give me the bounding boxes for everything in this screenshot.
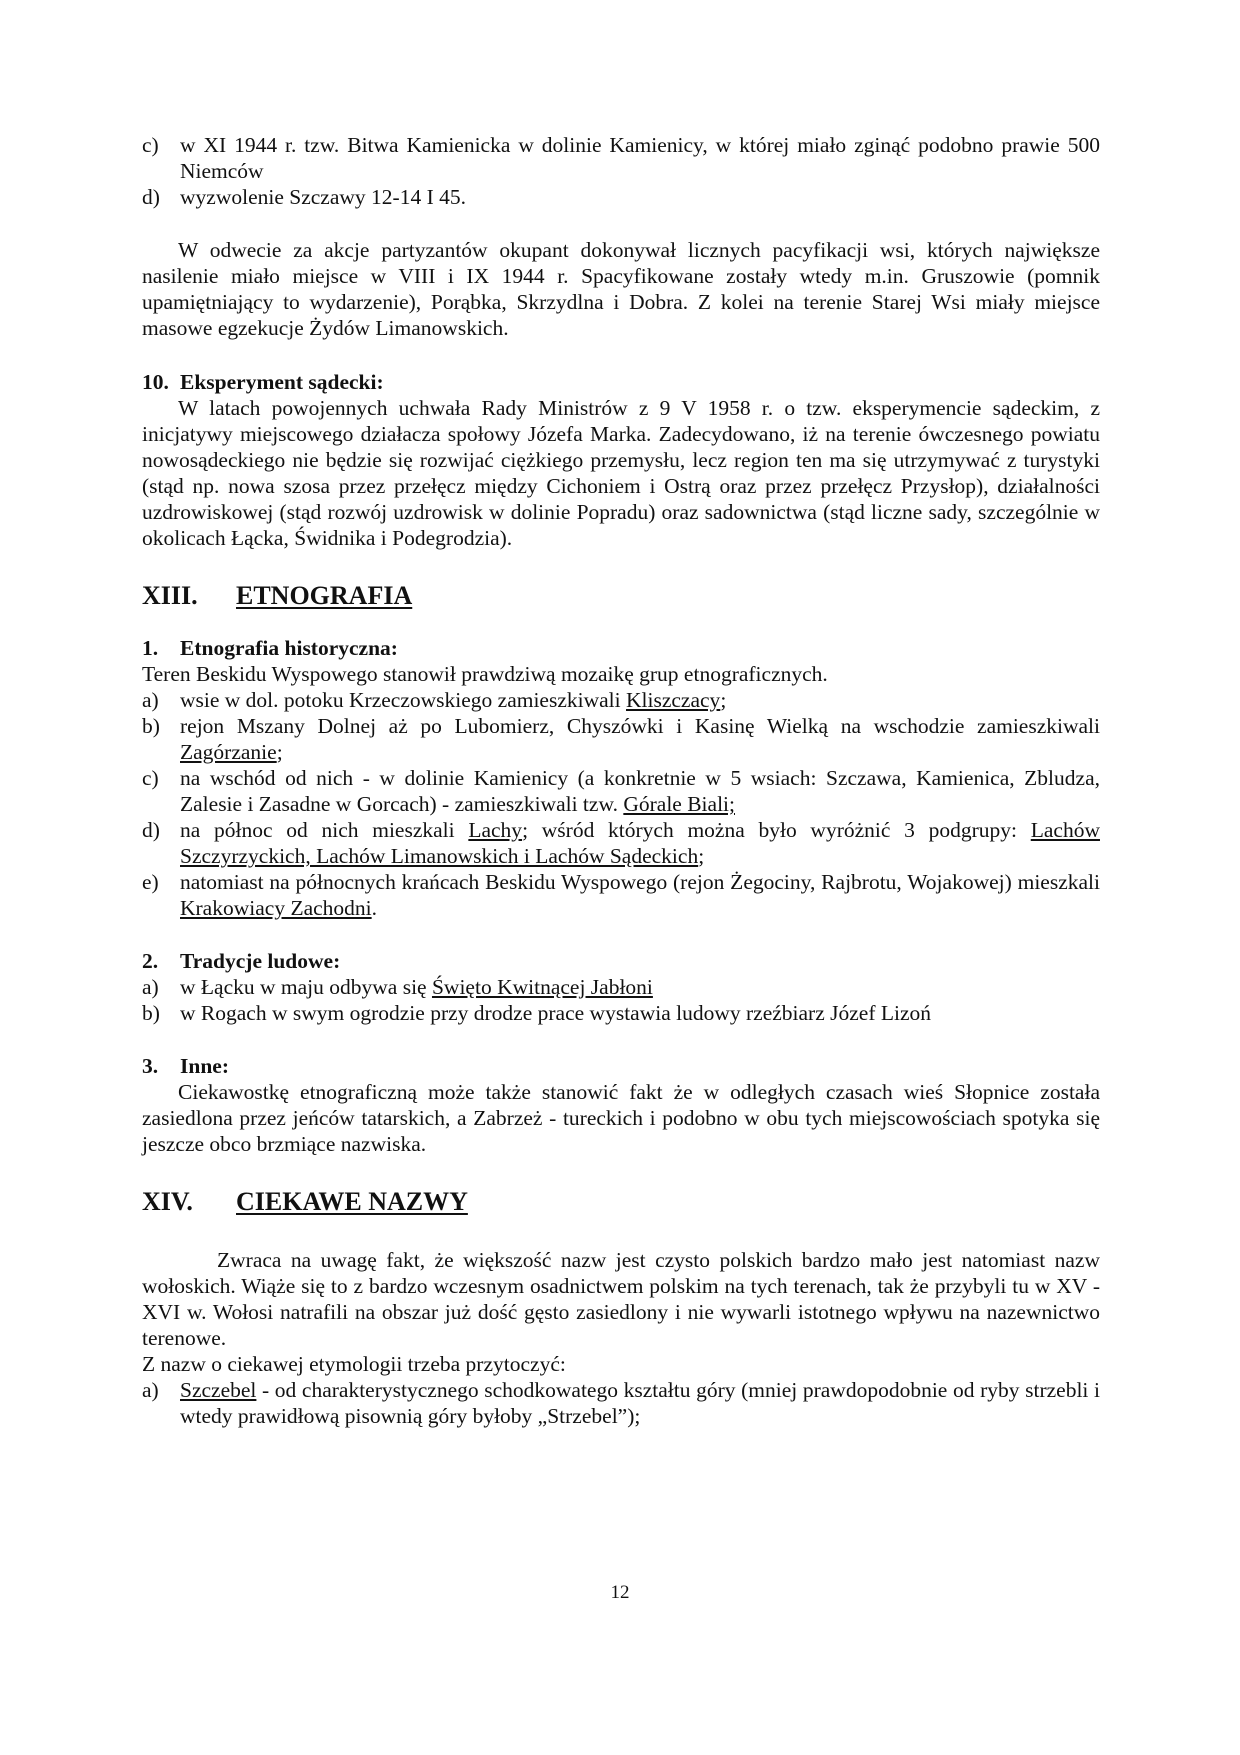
- group-name: Zagórzanie: [180, 740, 277, 764]
- subsection-heading: 3.Inne:: [142, 1053, 1100, 1079]
- subsection-title: Tradycje ludowe:: [180, 949, 340, 973]
- traditions-list: a) w Łącku w maju odbywa się Święto Kwit…: [142, 974, 1100, 1026]
- list-item: a) Szczebel - od charakterystycznego sch…: [142, 1377, 1100, 1429]
- list-marker: c): [142, 765, 159, 791]
- chapter-number: XIV.: [142, 1187, 236, 1217]
- page-number: 12: [0, 1582, 1240, 1604]
- list-marker: b): [142, 713, 160, 739]
- list-item-text: ;: [720, 688, 726, 712]
- subsection-heading: 2.Tradycje ludowe:: [142, 948, 1100, 974]
- place-name: Szczebel: [180, 1378, 256, 1402]
- names-paragraph: Zwraca na uwagę fakt, że większość nazw …: [142, 1247, 1100, 1351]
- subsection-title: Etnografia historyczna:: [180, 636, 398, 660]
- list-marker: c): [142, 132, 159, 158]
- list-item-text: ;: [277, 740, 283, 764]
- list-item-text: rejon Mszany Dolnej aż po Lubomierz, Chy…: [180, 714, 1100, 738]
- document-page: c) w XI 1944 r. tzw. Bitwa Kamienicka w …: [142, 132, 1100, 1429]
- list-marker: d): [142, 184, 160, 210]
- list-marker: e): [142, 869, 159, 895]
- list-item: b) rejon Mszany Dolnej aż po Lubomierz, …: [142, 713, 1100, 765]
- list-item: a) wsie w dol. potoku Krzeczowskiego zam…: [142, 687, 1100, 713]
- subsection-number: 3.: [142, 1053, 180, 1079]
- list-item: e) natomiast na północnych krańcach Besk…: [142, 869, 1100, 921]
- ethnography-lead: Teren Beskidu Wyspowego stanowił prawdzi…: [142, 661, 1100, 687]
- chapter-title: ETNOGRAFIA: [236, 581, 412, 610]
- list-item-text: - od charakterystycznego schodkowatego k…: [180, 1378, 1100, 1428]
- list-item-text: wsie w dol. potoku Krzeczowskiego zamies…: [180, 688, 626, 712]
- section-heading: 10.Eksperyment sądecki:: [142, 369, 1100, 395]
- chapter-title: CIEKAWE NAZWY: [236, 1187, 468, 1216]
- section-title: Eksperyment sądecki:: [180, 370, 384, 394]
- group-name: Górale Biali;: [623, 792, 735, 816]
- group-name: Krakowiacy Zachodni: [180, 896, 372, 920]
- section-10-paragraph: W latach powojennych uchwała Rady Minist…: [142, 395, 1100, 551]
- list-marker: a): [142, 687, 159, 713]
- group-name: Lachy: [468, 818, 522, 842]
- list-item: c) na wschód od nich - w dolinie Kamieni…: [142, 765, 1100, 817]
- chapter-heading: XIV.CIEKAWE NAZWY: [142, 1187, 1100, 1217]
- names-list: a) Szczebel - od charakterystycznego sch…: [142, 1377, 1100, 1429]
- list-item: a) w Łącku w maju odbywa się Święto Kwit…: [142, 974, 1100, 1000]
- section-number: 10.: [142, 369, 180, 395]
- ethnic-groups-list: a) wsie w dol. potoku Krzeczowskiego zam…: [142, 687, 1100, 921]
- list-marker: b): [142, 1000, 160, 1026]
- subsection-title: Inne:: [180, 1054, 229, 1078]
- curiosity-paragraph: Ciekawostkę etnograficzną może także sta…: [142, 1079, 1100, 1157]
- list-marker: a): [142, 1377, 159, 1403]
- names-lead: Z nazw o ciekawej etymologii trzeba przy…: [142, 1351, 1100, 1377]
- group-name: Kliszczacy: [626, 688, 720, 712]
- list-item-text: w Rogach w swym ogrodzie przy drodze pra…: [180, 1001, 931, 1025]
- list-item: c) w XI 1944 r. tzw. Bitwa Kamienicka w …: [142, 132, 1100, 184]
- chapter-heading: XIII.ETNOGRAFIA: [142, 581, 1100, 611]
- list-item: b) w Rogach w swym ogrodzie przy drodze …: [142, 1000, 1100, 1026]
- list-item-text: .: [372, 896, 377, 920]
- list-item-text: wyzwolenie Szczawy 12-14 I 45.: [180, 185, 466, 209]
- list-item-text: natomiast na północnych krańcach Beskidu…: [180, 870, 1100, 894]
- list-item-text: na północ od nich mieszkali: [180, 818, 468, 842]
- pacification-paragraph: W odwecie za akcje partyzantów okupant d…: [142, 237, 1100, 341]
- chapter-number: XIII.: [142, 581, 236, 611]
- event-name: Święto Kwitnącej Jabłoni: [432, 975, 653, 999]
- list-item: d) na północ od nich mieszkali Lachy; wś…: [142, 817, 1100, 869]
- subsection-number: 1.: [142, 635, 180, 661]
- list-item-text: w Łącku w maju odbywa się: [180, 975, 432, 999]
- list-item-text: ; wśród których można było wyróżnić 3 po…: [522, 818, 1031, 842]
- subsection-number: 2.: [142, 948, 180, 974]
- list-marker: a): [142, 974, 159, 1000]
- intro-list: c) w XI 1944 r. tzw. Bitwa Kamienicka w …: [142, 132, 1100, 210]
- list-marker: d): [142, 817, 160, 843]
- list-item-text: w XI 1944 r. tzw. Bitwa Kamienicka w dol…: [180, 133, 1100, 183]
- list-item: d) wyzwolenie Szczawy 12-14 I 45.: [142, 184, 1100, 210]
- subsection-heading: 1.Etnografia historyczna:: [142, 635, 1100, 661]
- list-item-text: ;: [698, 844, 704, 868]
